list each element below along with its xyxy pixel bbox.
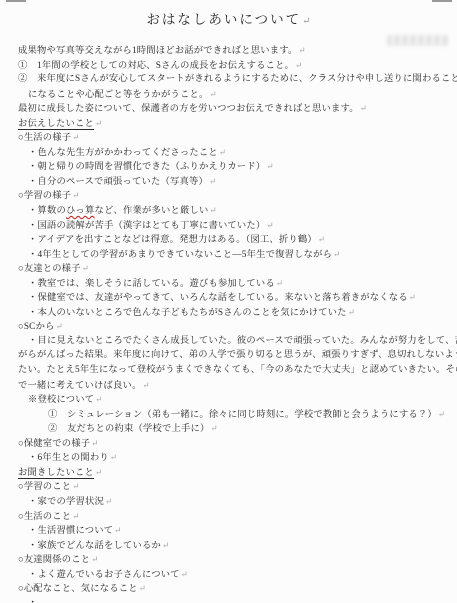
text-line: ○友達関係のこと↵ — [18, 552, 451, 567]
line-text: ・自分のペースで頑張っていた（写真等） — [28, 177, 208, 187]
line-text: ・生活習慣について — [28, 526, 113, 536]
text-line: ・国語の読解が苦手（漢字はとても丁寧に書いていた）↵ — [18, 218, 451, 233]
line-text: たい。たとえ5年生になって登校がうまくできなくても、「今のあなたで大丈夫」と認め… — [18, 365, 457, 375]
paragraph-mark: ↵ — [91, 438, 98, 448]
line-text: ○学習のこと — [18, 482, 71, 492]
text-line: ① シミュレーション（弟も一緒に。徐々に同じ時刻に。学校で教師と会うようにする？… — [18, 407, 451, 422]
line-text: ○友達関係のこと — [18, 555, 90, 565]
paragraph-mark: ↵ — [318, 234, 325, 244]
line-text: ・教室では、楽しそうに話している。遊びも参加している — [28, 279, 275, 289]
paragraph-mark: ↵ — [72, 190, 79, 200]
paragraph-mark: ↵ — [276, 278, 283, 288]
line-text: ○心配なこと、気になること — [18, 584, 138, 594]
paragraph-mark: ↵ — [266, 161, 273, 171]
paragraph-mark: ↵ — [142, 380, 149, 390]
text-line: ・保健室では、友達がやってきて、いろんな話をしている。来ないと落ち着きがなくなる… — [18, 290, 451, 305]
line-text: ・ — [28, 598, 38, 603]
line-text: ○SCから — [18, 322, 55, 332]
text-line: ○友達との様子↵ — [18, 261, 451, 276]
paragraph-mark: ↵ — [295, 60, 302, 70]
paragraph-mark: ↵ — [409, 292, 416, 302]
paragraph-mark: ↵ — [162, 540, 169, 550]
line-text: ・目に見えないところでたくさん成長していた。彼のペースで頑張っていた。みんなが努… — [28, 336, 457, 346]
line-text: ・よく遊んでいるお子さんについて — [28, 570, 180, 580]
underlined-heading: お聞きしたいこと — [18, 468, 94, 479]
paragraph-mark: ↵ — [91, 554, 98, 564]
line-text: ・アイデアを出すことなどは得意。発想力はある。（図工、折り鶴） — [28, 235, 317, 245]
paragraph-mark: ↵ — [72, 511, 79, 521]
text-line: ・アイデアを出すことなどは得意。発想力はある。（図工、折り鶴）↵ — [18, 232, 451, 247]
paragraph-mark: ↵ — [219, 147, 226, 157]
document-page: おはなしあいについて↵ 成果物や写真等交えながら1時間ほどお話ができればと思いま… — [0, 0, 457, 603]
text-line: ○生活のこと↵ — [18, 509, 451, 524]
paragraph-mark: ↵ — [95, 467, 102, 477]
paragraph-mark: ↵ — [56, 321, 63, 331]
text-line: ・教室では、楽しそうに話している。遊びも参加している↵ — [18, 276, 451, 291]
paragraph-mark: ↵ — [95, 394, 102, 404]
line-text: ・色んな先生方がかかわってくださったこと — [28, 148, 218, 158]
line-text: ・6年生との関わり — [28, 453, 109, 463]
paragraph-mark: ↵ — [105, 496, 112, 506]
text-line: で一緒に考えていけば良い。↵ — [18, 378, 451, 393]
text-line: ・算数のひっ算など、作業が多いと厳しい↵ — [18, 203, 451, 218]
line-text: ② 友だちとの約束（学校で上手に） — [48, 424, 209, 434]
text-line: になることや心配ごと等をうかがうこと。↵ — [18, 87, 451, 102]
text-line: ・色んな先生方がかかわってくださったこと↵ — [18, 145, 451, 160]
text-line: ② 友だちとの約束（学校で上手に）↵ — [18, 421, 451, 436]
paragraph-mark: ↵ — [114, 525, 121, 535]
text-line: ※登校について↵ — [18, 392, 451, 407]
line-text: がらがんばった結果。来年度に向けて、弟の入学で張り切ると思うが、頑張りすぎず、息… — [18, 350, 457, 360]
line-text: ・4年生としての学習があまりできていないこと―5年生で復習しながら — [28, 250, 332, 260]
text-line: ○学習の様子↵ — [18, 188, 451, 203]
line-text: ・家族でどんな話をしているか — [28, 541, 161, 551]
text-line: 成果物や写真等交えながら1時間ほどお話ができればと思います。↵ — [18, 43, 451, 58]
text-line: お聞きしたいこと↵ — [18, 465, 451, 480]
line-text: ・朝と帰りの時間を習慣化できた（ふりかえりカード） — [28, 162, 265, 172]
line-text: ○友達との様子 — [18, 264, 81, 274]
line-text: ※登校について — [28, 395, 94, 405]
paragraph-mark: ↵ — [209, 205, 216, 215]
line-text: ・本人のいないところで色んな子どもたちがSさんのことを気にかけていた — [28, 308, 347, 318]
line-text: で一緒に考えていけば良い。 — [18, 381, 141, 391]
text-line: ・4年生としての学習があまりできていないこと―5年生で復習しながら↵ — [18, 247, 451, 262]
text-line: ・よく遊んでいるお子さんについて↵ — [18, 567, 451, 582]
paragraph-mark: ↵ — [139, 583, 146, 593]
paragraph-mark: ↵ — [110, 452, 117, 462]
line-text: ○生活の様子 — [18, 133, 71, 143]
line-text: ・家での学習状況 — [28, 497, 104, 507]
text-line: ・生活習慣について↵ — [18, 523, 451, 538]
paragraph-mark: ↵ — [266, 220, 273, 230]
page-title-text: おはなしあいについて — [146, 12, 301, 27]
text-line: ・自分のペースで頑張っていた（写真等）↵ — [18, 174, 451, 189]
paragraph-mark: ↵ — [438, 409, 445, 419]
paragraph-mark: ↵ — [82, 263, 89, 273]
text-line: ○心配なこと、気になること↵ — [18, 581, 451, 596]
spellcheck-flagged-text: ひっ算 — [66, 206, 95, 216]
text-line: ・家族でどんな話をしているか↵ — [18, 538, 451, 553]
underlined-heading: お伝えしたいこと — [18, 119, 94, 130]
paragraph-mark: ↵ — [360, 103, 367, 113]
text-line: ・家での学習状況↵ — [18, 494, 451, 509]
text-line: ○保健室での様子↵ — [18, 436, 451, 451]
line-text: ・国語の読解が苦手（漢字はとても丁寧に書いていた） — [28, 221, 265, 231]
text-line: ○生活の様子↵ — [18, 130, 451, 145]
paragraph-mark: ↵ — [181, 569, 188, 579]
line-text: ① 1年間の学校としての対応、Sさんの成長をお伝えすること。 — [18, 61, 294, 71]
text-line: ② 来年度にSさんが安心してスタートがきれるようにするために、クラス分けや申し送… — [18, 72, 451, 87]
text-line: がらがんばった結果。来年度に向けて、弟の入学で張り切ると思うが、頑張りすぎず、息… — [18, 348, 451, 363]
paragraph-mark: ↵ — [209, 176, 216, 186]
paragraph-mark: ↵ — [333, 249, 340, 259]
line-text: ○保健室での様子 — [18, 439, 90, 449]
line-text: になることや心配ごと等をうかがうこと。 — [28, 90, 208, 100]
line-text: ・算数のひっ算など、作業が多いと厳しい — [28, 206, 208, 216]
text-line: ・6年生との関わり↵ — [18, 450, 451, 465]
document-body: 成果物や写真等交えながら1時間ほどお話ができればと思います。↵① 1年間の学校と… — [18, 43, 451, 603]
text-line: ・朝と帰りの時間を習慣化できた（ふりかえりカード）↵ — [18, 159, 451, 174]
text-line: ・ — [18, 596, 451, 603]
paragraph-mark: ↵ — [210, 423, 217, 433]
text-line: ・本人のいないところで色んな子どもたちがSさんのことを気にかけていた↵ — [18, 305, 451, 320]
line-text: ② 来年度にSさんが安心してスタートがきれるようにするために、クラス分けや申し送… — [18, 74, 457, 84]
line-text: など、作業が多いと厳しい — [95, 206, 209, 216]
text-line: お伝えしたいこと↵ — [18, 116, 451, 131]
text-line: ○SCから↵ — [18, 319, 451, 334]
text-line: 最初に成長した姿について、保護者の方を労いつつお伝えできればと思います。↵ — [18, 101, 451, 116]
paragraph-mark: ↵ — [302, 16, 310, 27]
text-line: ○学習のこと↵ — [18, 479, 451, 494]
paragraph-mark: ↵ — [348, 307, 355, 317]
text-line: ・目に見えないところでたくさん成長していた。彼のペースで頑張っていた。みんなが努… — [18, 334, 451, 349]
page-corner-mark-left — [6, 0, 26, 2]
paragraph-mark: ↵ — [95, 118, 102, 128]
line-text: 成果物や写真等交えながら1時間ほどお話ができればと思います。 — [18, 46, 298, 56]
line-text: ○生活のこと — [18, 512, 71, 522]
paragraph-mark: ↵ — [72, 132, 79, 142]
line-text: ○学習の様子 — [18, 191, 71, 201]
page-title: おはなしあいについて↵ — [0, 0, 457, 28]
text-line: ① 1年間の学校としての対応、Sさんの成長をお伝えすること。↵ — [18, 58, 451, 73]
paragraph-mark: ↵ — [209, 89, 216, 99]
line-text: ・算数の — [28, 206, 66, 216]
text-line: たい。たとえ5年生になって登校がうまくできなくても、「今のあなたで大丈夫」と認め… — [18, 363, 451, 378]
line-text: ・保健室では、友達がやってきて、いろんな話をしている。来ないと落ち着きがなくなる — [28, 293, 408, 303]
paragraph-mark: ↵ — [72, 481, 79, 491]
line-text: 最初に成長した姿について、保護者の方を労いつつお伝えできればと思います。 — [18, 104, 359, 114]
line-text: ① シミュレーション（弟も一緒に。徐々に同じ時刻に。学校で教師と会うようにする？… — [48, 410, 437, 420]
paragraph-mark: ↵ — [299, 45, 306, 55]
page-corner-mark-right — [432, 0, 452, 2]
